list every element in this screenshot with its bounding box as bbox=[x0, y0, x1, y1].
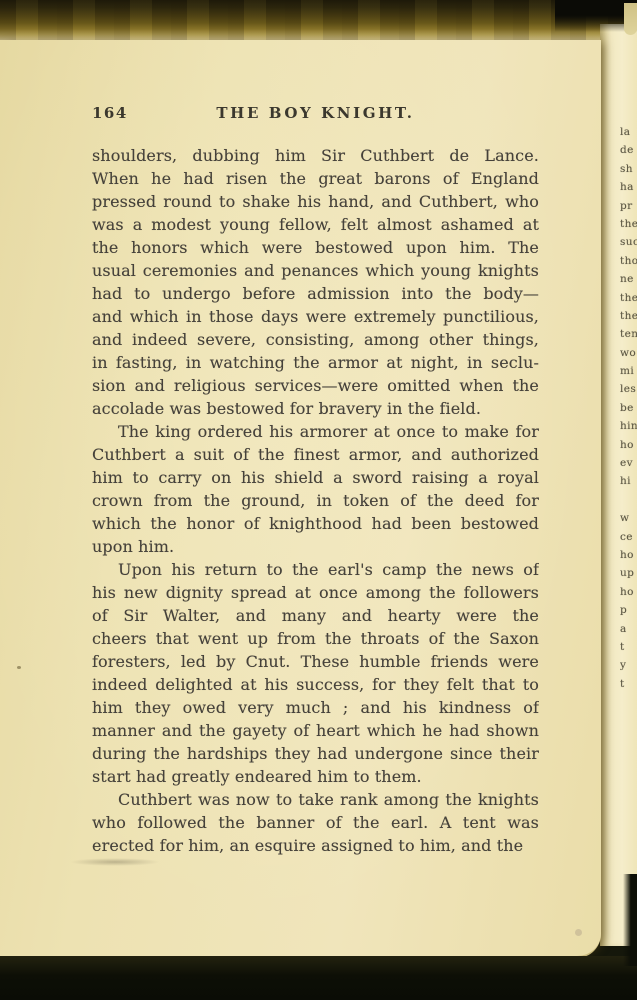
binding-corner-bottom-right bbox=[623, 874, 637, 966]
page-curl-top-right bbox=[624, 3, 637, 35]
text-line: Upon his return to the earl's camp the n… bbox=[92, 560, 539, 583]
edge-text-fragment: suc bbox=[620, 236, 637, 254]
edge-text-fragment: ho bbox=[620, 439, 637, 457]
edge-text-fragment: pr bbox=[620, 200, 637, 218]
edge-text-fragment: hin bbox=[620, 420, 637, 438]
edge-text-fragment: mi bbox=[620, 365, 637, 383]
text-line: who followed the banner of the earl. A t… bbox=[92, 813, 539, 836]
book-page: 164 THE BOY KNIGHT. shoulders, dubbing h… bbox=[0, 40, 601, 958]
edge-text-fragment: ce bbox=[620, 531, 637, 549]
edge-text-fragment: ho bbox=[620, 549, 637, 567]
running-title: THE BOY KNIGHT. bbox=[92, 104, 539, 122]
edge-text-fragment: t bbox=[620, 678, 637, 696]
print-smudge bbox=[70, 858, 160, 866]
text-line: in fasting, in watching the armor at nig… bbox=[92, 353, 539, 376]
text-line: accolade was bestowed for bravery in the… bbox=[92, 399, 539, 422]
text-line: was a modest young fellow, felt almost a… bbox=[92, 215, 539, 238]
edge-text-fragment: w bbox=[620, 512, 637, 530]
text-line: the honors which were bestowed upon him.… bbox=[92, 238, 539, 261]
edge-text-fragment: wo bbox=[620, 347, 637, 365]
text-line: start had greatly endeared him to them. bbox=[92, 767, 539, 790]
edge-text-fragment: la bbox=[620, 126, 637, 144]
text-line: erected for him, an esquire assigned to … bbox=[92, 836, 539, 859]
edge-text-fragment: a bbox=[620, 623, 637, 641]
edge-text-fragment: ten bbox=[620, 328, 637, 346]
text-line: and indeed severe, consisting, among oth… bbox=[92, 330, 539, 353]
text-line: When he had risen the great barons of En… bbox=[92, 169, 539, 192]
text-line: Cuthbert a suit of the finest armor, and… bbox=[92, 445, 539, 468]
edge-text-fragment: be bbox=[620, 402, 637, 420]
edge-text-fragment: the bbox=[620, 310, 637, 328]
text-line: upon him. bbox=[92, 537, 539, 560]
edge-text-fragment: sh bbox=[620, 163, 637, 181]
edge-text-fragment: ha bbox=[620, 181, 637, 199]
edge-text-fragment: les bbox=[620, 383, 637, 401]
text-line: foresters, led by Cnut. These humble fri… bbox=[92, 652, 539, 675]
edge-text-fragment: ev bbox=[620, 457, 637, 475]
text-line: usual ceremonies and penances which youn… bbox=[92, 261, 539, 284]
edge-text-fragment: hi bbox=[620, 475, 637, 493]
facing-page-edge: ladeshhaprthesucthonethethetenwomilesbeh… bbox=[600, 24, 637, 946]
text-line: pressed round to shake his hand, and Cut… bbox=[92, 192, 539, 215]
edge-text-fragment: ne bbox=[620, 273, 637, 291]
edge-text-fragment: ho bbox=[620, 586, 637, 604]
edge-text-fragment: the bbox=[620, 218, 637, 236]
edge-text-fragment bbox=[620, 494, 637, 512]
text-line: of Sir Walter, and many and hearty were … bbox=[92, 606, 539, 629]
text-line: him they owed very much ; and his kindne… bbox=[92, 698, 539, 721]
body-text: shoulders, dubbing him Sir Cuthbert de L… bbox=[92, 146, 539, 859]
edge-text-fragment: p bbox=[620, 604, 637, 622]
text-line: The king ordered his armorer at once to … bbox=[92, 422, 539, 445]
edge-text-fragment: up bbox=[620, 567, 637, 585]
text-line: him to carry on his shield a sword raisi… bbox=[92, 468, 539, 491]
book-binding-bottom bbox=[0, 956, 637, 1000]
text-line: manner and the gayety of heart which he … bbox=[92, 721, 539, 744]
text-line: sion and religious services—were omitted… bbox=[92, 376, 539, 399]
book-scan: ladeshhaprthesucthonethethetenwomilesbeh… bbox=[0, 0, 637, 1000]
text-line: which the honor of knighthood had been b… bbox=[92, 514, 539, 537]
paper-speck bbox=[17, 666, 21, 669]
edge-text-fragment: y bbox=[620, 659, 637, 677]
text-line: and which in those days were extremely p… bbox=[92, 307, 539, 330]
text-line: shoulders, dubbing him Sir Cuthbert de L… bbox=[92, 146, 539, 169]
text-line: crown from the ground, in token of the d… bbox=[92, 491, 539, 514]
paper-speck bbox=[575, 929, 582, 936]
edge-text-fragment: the bbox=[620, 292, 637, 310]
text-line: his new dignity spread at once among the… bbox=[92, 583, 539, 606]
facing-page-fragments: ladeshhaprthesucthonethethetenwomilesbeh… bbox=[600, 24, 637, 696]
text-line: cheers that went up from the throats of … bbox=[92, 629, 539, 652]
text-line: indeed delighted at his success, for the… bbox=[92, 675, 539, 698]
text-line: Cuthbert was now to take rank among the … bbox=[92, 790, 539, 813]
text-line: had to undergo before admission into the… bbox=[92, 284, 539, 307]
edge-text-fragment: t bbox=[620, 641, 637, 659]
text-line: during the hardships they had undergone … bbox=[92, 744, 539, 767]
page-header: 164 THE BOY KNIGHT. bbox=[92, 104, 539, 126]
edge-text-fragment: de bbox=[620, 144, 637, 162]
edge-text-fragment: tho bbox=[620, 255, 637, 273]
